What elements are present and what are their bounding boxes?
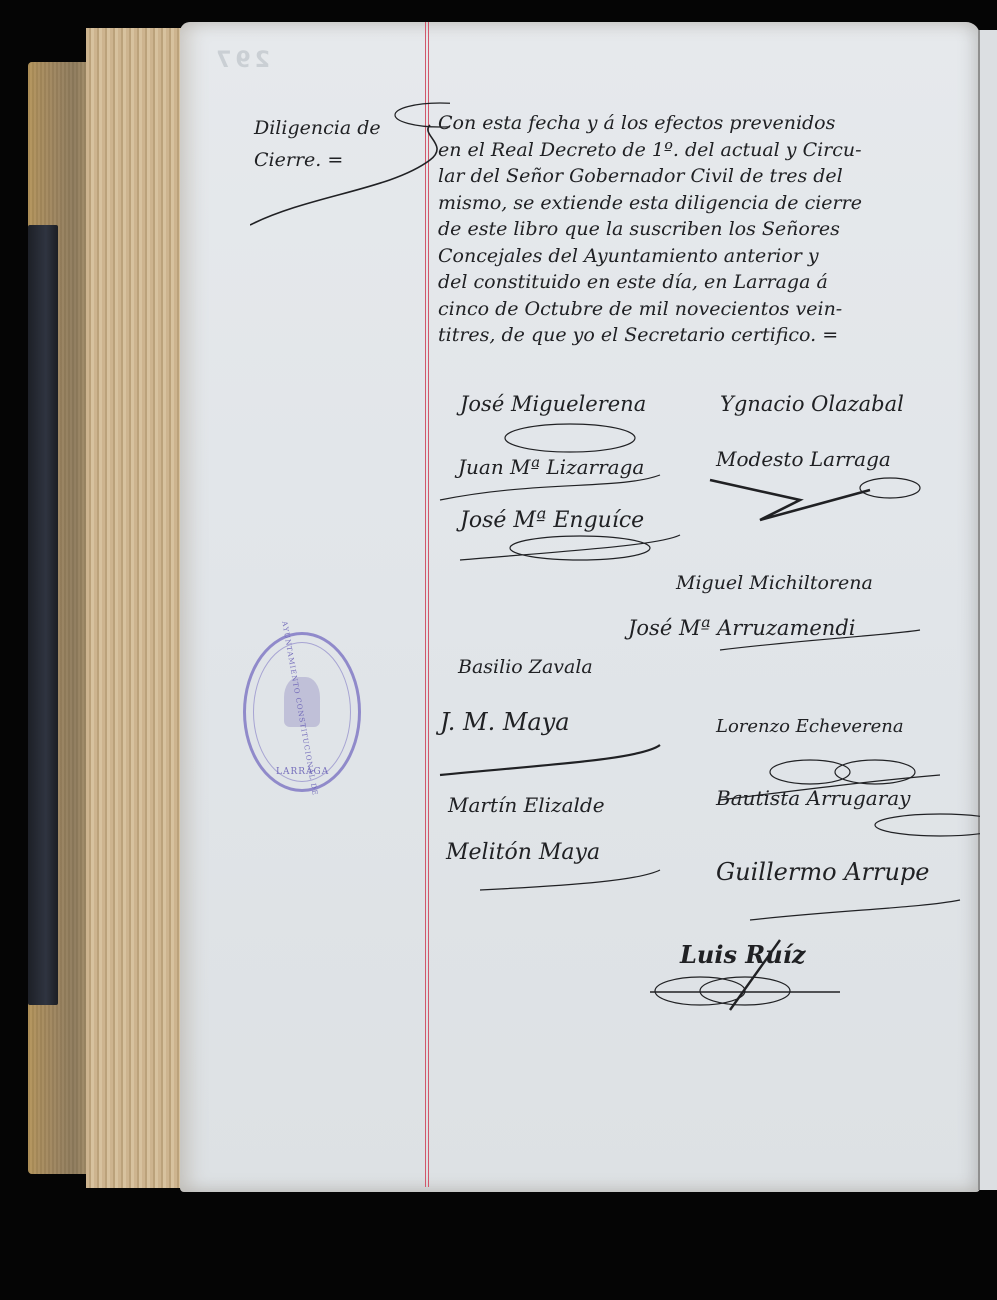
body-line: mismo, se extiende esta diligencia de ci…	[438, 190, 963, 217]
signature: Martín Elizalde	[448, 793, 605, 817]
signature: Guillermo Arrupe	[716, 858, 929, 886]
body-line: del constituido en este día, en Larraga …	[438, 269, 963, 296]
signature: José Miguelerena	[460, 392, 646, 416]
body-line: Con esta fecha y á los efectos prevenido…	[438, 110, 963, 137]
facing-page-edge	[978, 30, 997, 1190]
page-number-stamp: 297	[212, 48, 270, 73]
signature: Bautista Arrugaray	[716, 786, 910, 810]
body-line: cinco de Octubre de mil novecientos vein…	[438, 296, 963, 323]
body-line: en el Real Decreto de 1º. del actual y C…	[438, 137, 963, 164]
signature: Luis Ruíz	[680, 940, 805, 969]
body-line: Concejales del Ayuntamiento anterior y	[438, 243, 963, 270]
signature: José Mª Arruzamendi	[628, 616, 855, 640]
signature: Miguel Michiltorena	[676, 572, 873, 594]
signature: Modesto Larraga	[716, 447, 891, 471]
book-cover-spine	[28, 225, 58, 1005]
seal-bottom-text: LARRAGA	[276, 767, 329, 777]
margin-note-line-1: Diligencia de	[254, 112, 381, 144]
municipal-seal-stamp: AYUNTAMIENTO CONSTITUCIONAL DE LARRAGA	[243, 632, 361, 792]
signature: Ygnacio Olazabal	[720, 392, 904, 416]
red-margin-rule	[425, 22, 429, 1187]
signature: Basilio Zavala	[458, 656, 593, 678]
signature: José Mª Enguíce	[460, 508, 644, 533]
signature: Lorenzo Echeverena	[716, 716, 904, 737]
margin-note: Diligencia de Cierre. =	[254, 112, 381, 176]
body-line: lar del Señor Gobernador Civil de tres d…	[438, 163, 963, 190]
body-line: de este libro que la suscriben los Señor…	[438, 216, 963, 243]
signature: J. M. Maya	[440, 708, 570, 736]
signature: Melitón Maya	[446, 840, 600, 865]
body-line: titres, de que yo el Secretario certific…	[438, 322, 963, 349]
signature: Juan Mª Lizarraga	[458, 455, 644, 479]
closing-statement: Con esta fecha y á los efectos prevenido…	[438, 110, 963, 349]
margin-note-line-2: Cierre. =	[254, 144, 381, 176]
